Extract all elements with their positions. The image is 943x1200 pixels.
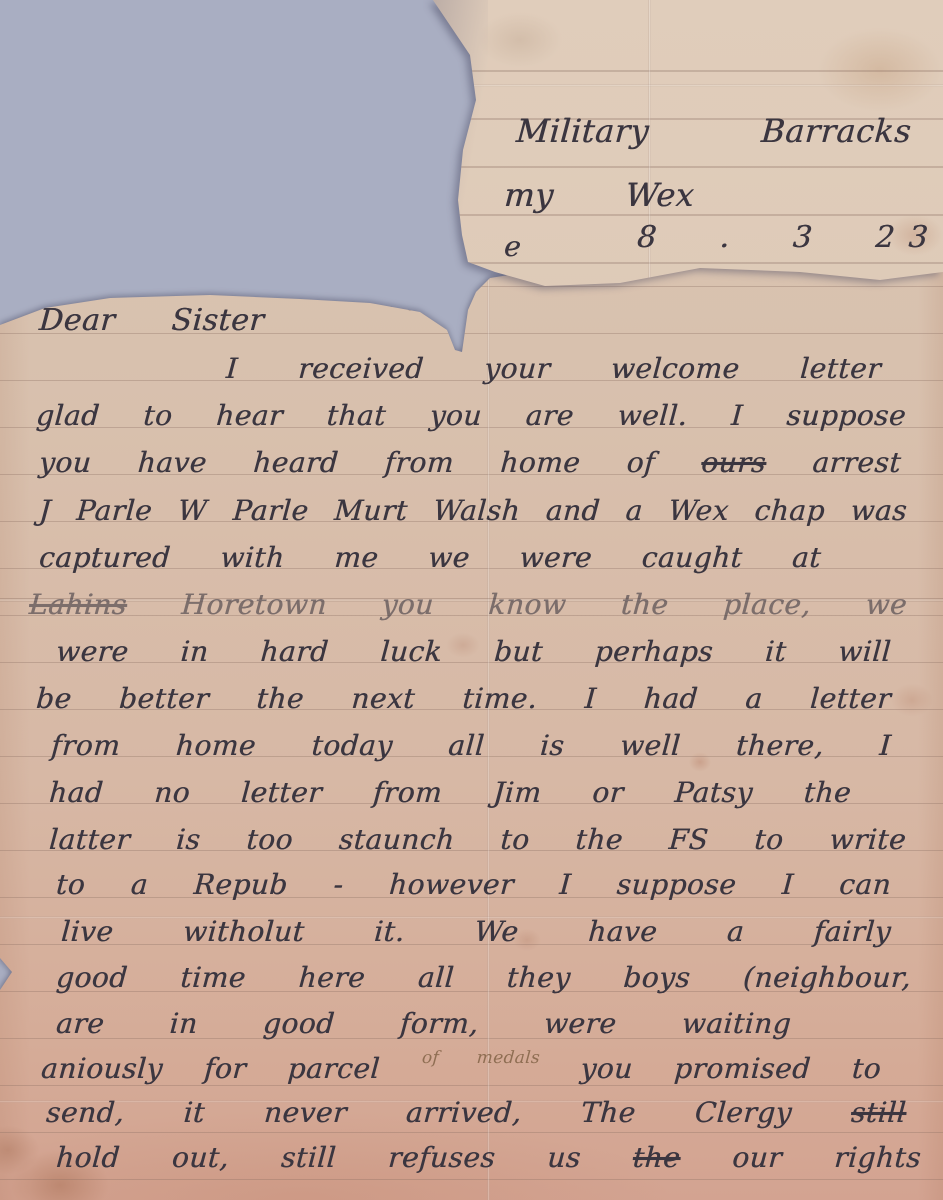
fold-crease-horizontal — [0, 598, 943, 602]
letter-header-fragment: Military Barracks my Wex e 8 . 3 23 — [0, 0, 943, 1200]
body-line: are in good form, were waiting — [55, 1007, 792, 1040]
crease-horizontal — [0, 1100, 943, 1103]
salutation: Dear Sister — [38, 303, 265, 338]
body-line: you have heard from home of ours arrest — [38, 446, 902, 479]
struck-word: still — [850, 1096, 907, 1129]
header-date: 8 . 3 23 — [636, 220, 943, 255]
letter-main-sheet: Tejas Dear Sister I received your welcom… — [0, 0, 943, 1200]
body-line: to a Repub - however I suppose I can — [55, 868, 892, 901]
inserted-note: of medals — [421, 1048, 540, 1068]
header-fragment-paper: Military Barracks my Wex e 8 . 3 23 — [0, 0, 943, 1200]
body-line: live witholut it. We have a fairly — [60, 915, 892, 948]
header-partial-word: e — [503, 230, 522, 263]
body-line: captured with me we were caught at — [38, 541, 822, 574]
header-line-address: my Wex — [503, 176, 696, 214]
body-line: be better the next time. I had a letter — [35, 682, 892, 715]
body-line: glad to hear that you are well. I suppos… — [35, 399, 907, 432]
body-line: were in hard luck but perhaps it will — [55, 635, 892, 668]
ruled-lines — [0, 24, 943, 324]
body-line: Lahins Horetown you know the place, we — [28, 588, 908, 621]
torn-edge-shadow — [433, 0, 488, 270]
body-line: send, it never arrived, The Clergy still — [45, 1096, 907, 1129]
body-line: hold out, still refuses us the our right… — [55, 1141, 922, 1174]
header-line-barracks: Military Barracks — [515, 112, 913, 150]
letter-photograph: Tejas Dear Sister I received your welcom… — [0, 0, 943, 1200]
body-line: from home today all is well there, I — [50, 729, 892, 762]
body-line: aniously for parcel of medals you promis… — [40, 1052, 882, 1085]
struck-word: ours — [700, 446, 767, 479]
body-line: good time here all they boys (neighbour, — [55, 961, 912, 994]
crease-horizontal — [0, 916, 943, 919]
struck-word: the — [632, 1141, 682, 1174]
body-line: J Parle W Parle Murt Walsh and a Wex cha… — [38, 494, 908, 527]
body-line: I received your welcome letter — [225, 352, 882, 385]
body-line: latter is too staunch to the FS to write — [48, 823, 907, 856]
fold-crease-vertical — [648, 0, 651, 285]
struck-word: Lahins — [28, 588, 128, 621]
main-sheet-paper: Tejas Dear Sister I received your welcom… — [0, 0, 943, 1200]
ruled-lines — [0, 5, 943, 1200]
faint-partial-word: Tejas — [388, 288, 442, 312]
fold-crease-vertical — [487, 255, 490, 1200]
body-line: had no letter from Jim or Patsy the — [48, 776, 852, 809]
crease-horizontal — [0, 84, 943, 87]
